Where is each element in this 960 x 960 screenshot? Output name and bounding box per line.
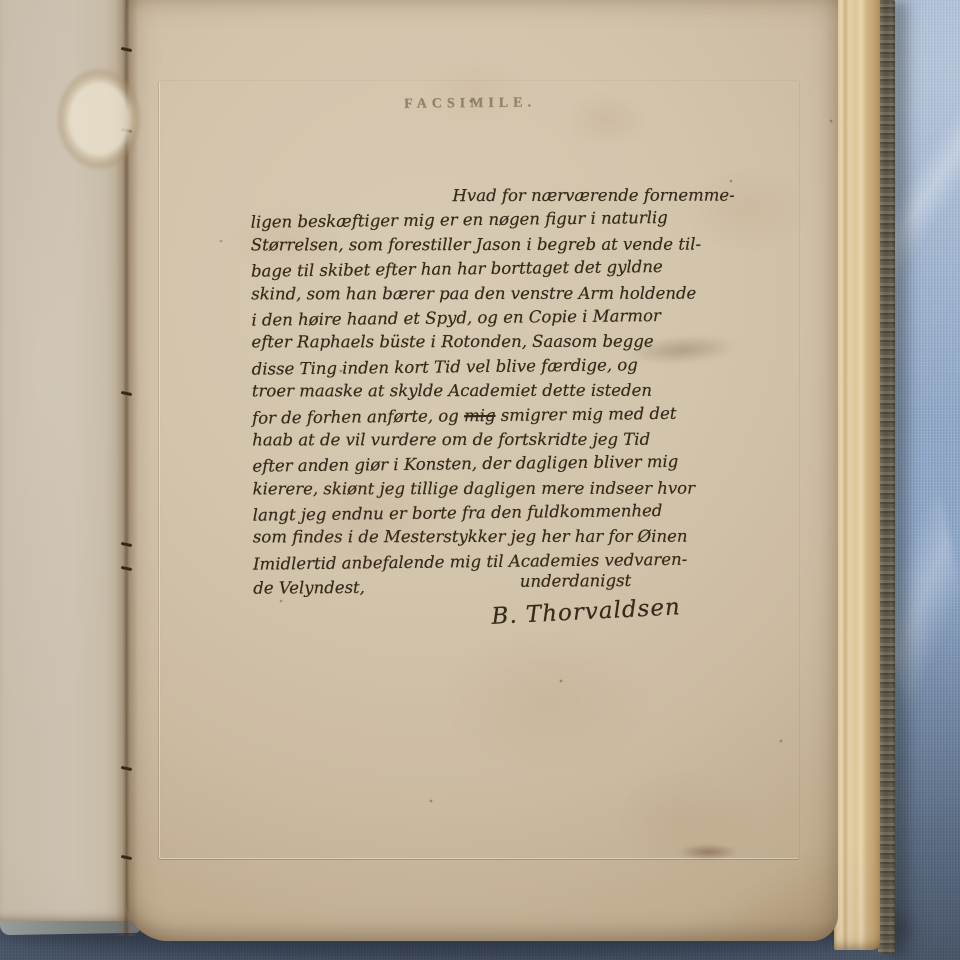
water-stain: [50, 60, 148, 178]
letter-line-fragment: smigrer mig med det: [495, 403, 676, 424]
letter-line: disse Ting inden kort Tid vel blive færd…: [252, 352, 722, 382]
closing-right: underdanigst: [520, 568, 632, 595]
handwritten-letter: Hvad for nærværende fornemme- ligen besk…: [250, 182, 723, 632]
letter-line: kierere, skiønt jeg tillige dagligen mer…: [253, 476, 723, 501]
book-cover-edge: [878, 0, 895, 954]
letter-line: som findes i de Mesterstykker jeg her ha…: [253, 525, 723, 550]
letter-line: Hvad for nærværende fornemme-: [251, 184, 721, 209]
paper-specks: [130, 40, 132, 42]
letter-line: efter anden giør i Konsten, der dagligen…: [252, 450, 722, 480]
page-title: FACSIMILE.: [320, 94, 620, 113]
book-photo-scene: FACSIMILE. Hvad for nærværende fornemme-…: [0, 0, 960, 960]
letter-line-fragment: for de forhen anførte, og: [252, 406, 464, 427]
letter-line: bage til skibet efter han har borttaget …: [251, 255, 721, 285]
letter-line: efter Raphaels büste i Rotonden, Saasom …: [252, 330, 722, 355]
letter-line: ligen beskæftiger mig er en nøgen figur …: [251, 206, 721, 236]
letter-line: for de forhen anførte, og mig smigrer mi…: [252, 401, 722, 431]
stacked-page-edges: [834, 0, 880, 950]
letter-line: Størrelsen, som forestiller Jason i begr…: [251, 232, 721, 257]
strikethrough-word: mig: [464, 405, 496, 424]
letter-line: haab at de vil vurdere om de fortskridte…: [252, 427, 722, 452]
letter-line: langt jeg endnu er borte fra den fuldkom…: [253, 498, 723, 528]
letter-line: troer maaske at skylde Academiet dette i…: [252, 379, 722, 404]
letter-line: i den høire haand et Spyd, og en Copie i…: [251, 303, 721, 333]
letter-line: Imidlertid anbefalende mig til Academies…: [253, 547, 723, 577]
letter-line: skind, som han bærer paa den venstre Arm…: [251, 281, 721, 306]
closing-left: de Velyndest,: [253, 575, 365, 602]
